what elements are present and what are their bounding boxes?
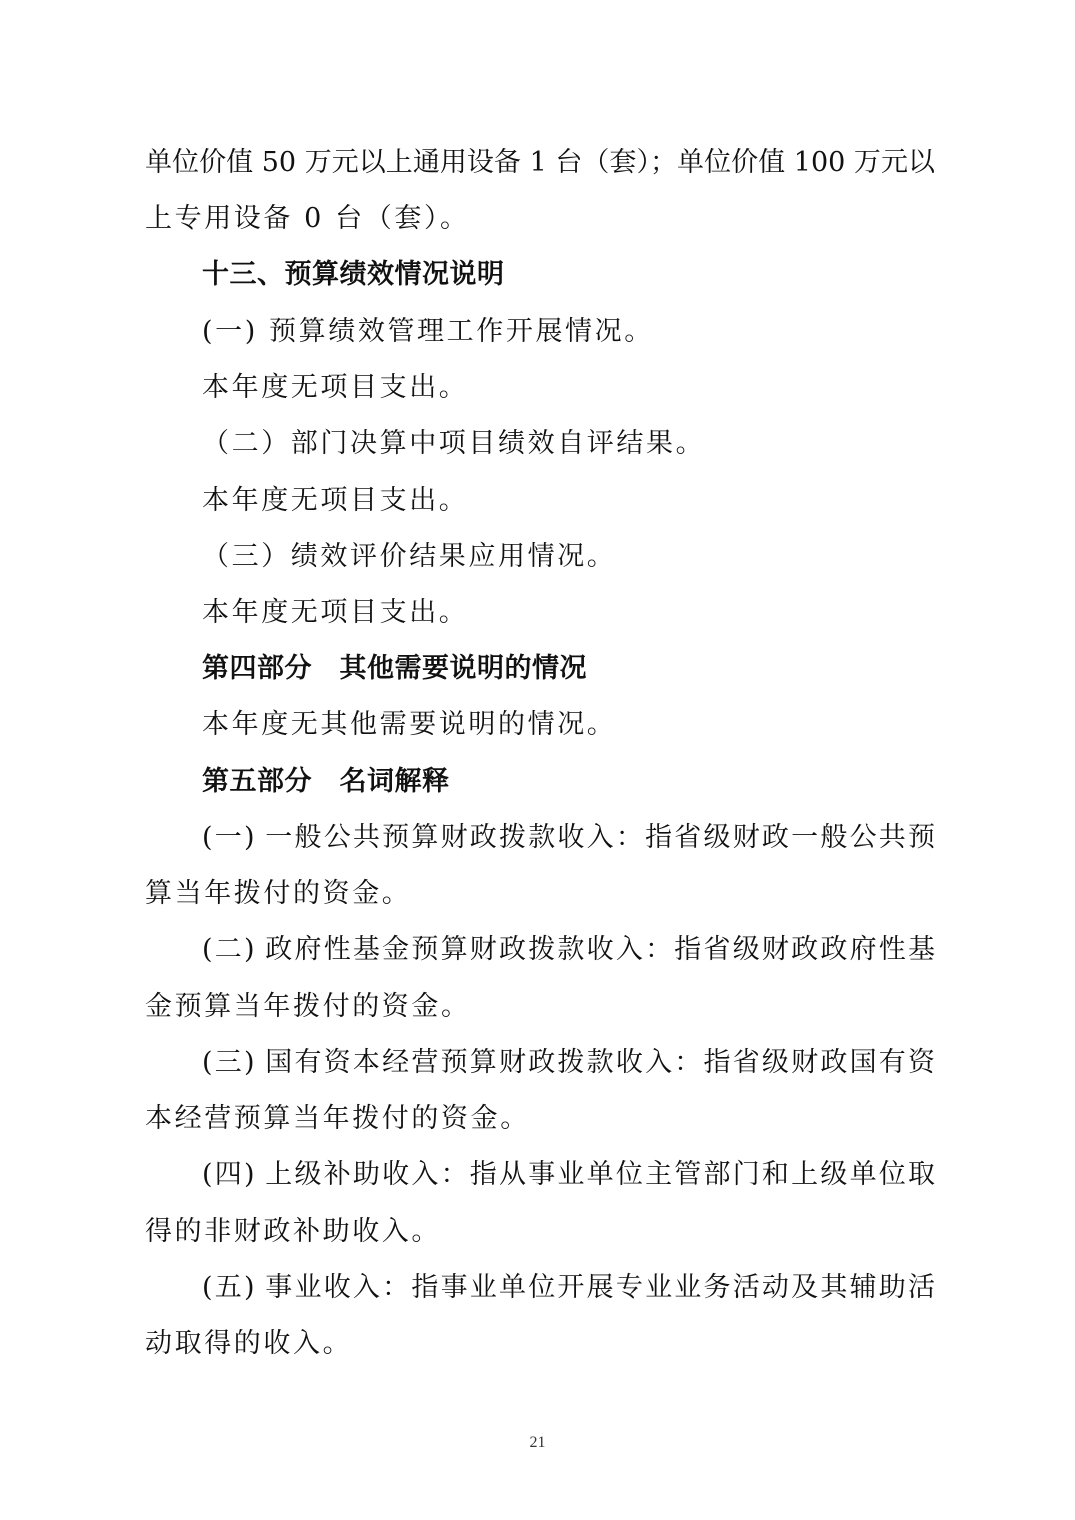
subsection-body-2: 本年度无项目支出。 — [202, 481, 992, 521]
paragraph-equipment-line-2: 上专用设备 0 台（套）。 — [145, 199, 935, 239]
section-heading-budget-performance: 十三、预算绩效情况说明 — [202, 255, 992, 295]
document-page: 单位价值 50 万元以上通用设备 1 台（套）；单位价值 100 万元以 上专用… — [0, 0, 1075, 1520]
definition-3-line-2: 本经营预算当年拨付的资金。 — [145, 1099, 935, 1139]
definition-3-line-1: (三) 国有资本经营预算财政拨款收入：指省级财政国有资 — [202, 1043, 935, 1083]
definition-5-line-1: (五) 事业收入：指事业单位开展专业业务活动及其辅助活 — [202, 1268, 935, 1308]
part-5-heading: 第五部分 名词解释 — [202, 762, 992, 802]
subsection-body-1: 本年度无项目支出。 — [202, 368, 992, 408]
paragraph-equipment-line-1: 单位价值 50 万元以上通用设备 1 台（套）；单位价值 100 万元以 — [145, 143, 935, 183]
subsection-body-3: 本年度无项目支出。 — [202, 593, 992, 633]
definition-1-line-1: (一) 一般公共预算财政拨款收入：指省级财政一般公共预 — [202, 818, 935, 858]
definition-1-line-2: 算当年拨付的资金。 — [145, 874, 935, 914]
page-number: 21 — [0, 1434, 1075, 1452]
definition-5-line-2: 动取得的收入。 — [145, 1324, 935, 1364]
definition-4-line-1: (四) 上级补助收入：指从事业单位主管部门和上级单位取 — [202, 1155, 935, 1195]
definition-4-line-2: 得的非财政补助收入。 — [145, 1212, 935, 1252]
part-4-heading: 第四部分 其他需要说明的情况 — [202, 649, 992, 689]
subsection-heading-3: （三）绩效评价结果应用情况。 — [202, 537, 992, 577]
subsection-heading-2: （二）部门决算中项目绩效自评结果。 — [202, 424, 992, 464]
part-4-body: 本年度无其他需要说明的情况。 — [202, 705, 992, 745]
subsection-heading-1: (一) 预算绩效管理工作开展情况。 — [202, 312, 992, 352]
definition-2-line-2: 金预算当年拨付的资金。 — [145, 987, 935, 1027]
definition-2-line-1: (二) 政府性基金预算财政拨款收入：指省级财政政府性基 — [202, 930, 935, 970]
